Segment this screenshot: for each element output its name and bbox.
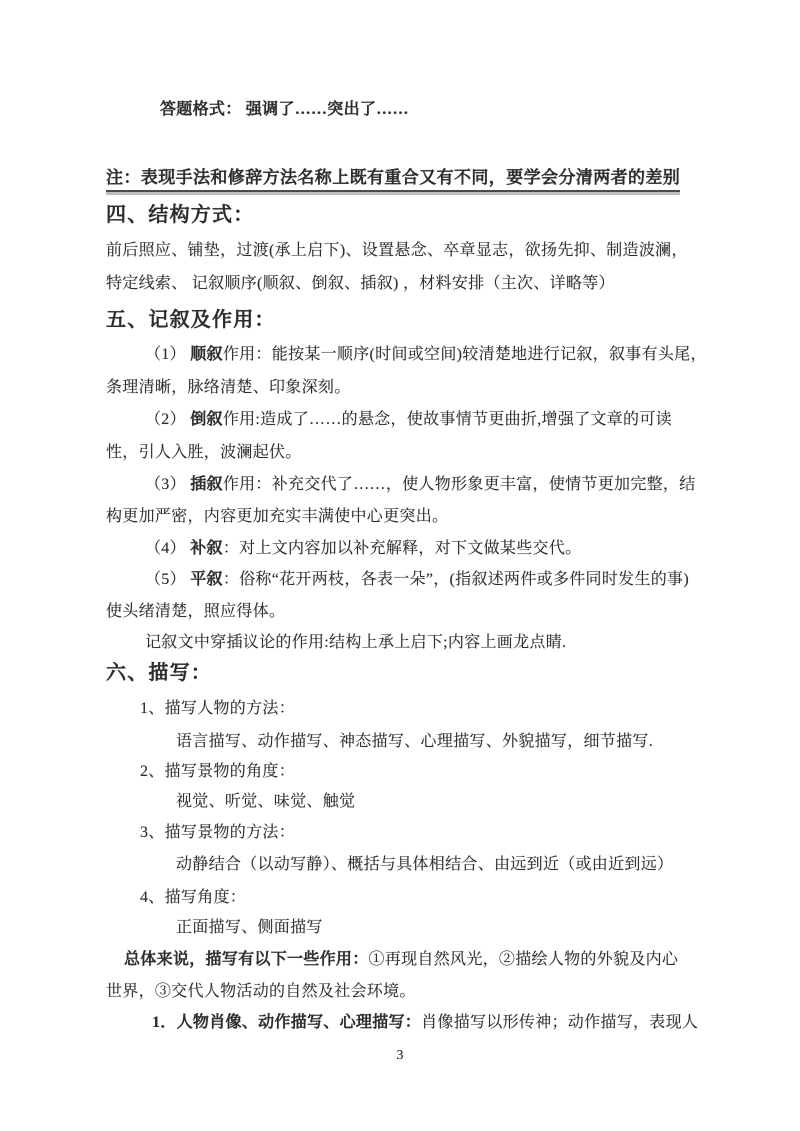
text-segment: （2） xyxy=(145,411,190,428)
text-segment: 顺叙 xyxy=(190,346,223,363)
section-heading-description: 六、描写： xyxy=(106,661,212,686)
list-item: 3、描写景物的方法： xyxy=(140,823,295,843)
section-heading-narration: 五、记叙及作用： xyxy=(106,308,276,333)
body-line: （3） 插叙作用：补充交代了……，使人物形象更丰富，使情节更加完整，结 xyxy=(145,475,696,495)
body-line: 构更加严密，内容更加充实丰满使中心更突出。 xyxy=(106,507,448,527)
text-segment: 补叙 xyxy=(190,540,223,557)
summary-line: 总体来说，描写有以下一些作用：①再现自然风光，②描绘人物的外貌及内心 xyxy=(124,950,678,970)
text-segment: 性，引人入胜，波澜起伏。 xyxy=(106,444,302,461)
text-segment: 条理清晰，脉络清楚、印象深刻。 xyxy=(106,379,351,396)
note-line: 注：表现手法和修辞方法名称上既有重合又有不同，要学会分清两者的差别 xyxy=(106,167,680,192)
list-subitem: 视觉、听觉、味觉、触觉 xyxy=(176,792,355,812)
text-segment: 动静结合（以动写静）、概括与具体相结合、由远到近（或由近到远） xyxy=(176,856,673,873)
text-segment: 五、记叙及作用： xyxy=(106,309,276,331)
text-segment: （4） xyxy=(145,540,190,557)
body-line: 前后照应、铺垫，过渡(承上启下)、设置悬念、卒章显志，欲扬先抑、制造波澜， xyxy=(106,241,688,261)
text-segment: ①再现自然风光，②描绘人物的外貌及内心 xyxy=(369,951,679,968)
text-segment: 2、描写景物的角度： xyxy=(140,763,295,780)
list-item: 4、描写角度： xyxy=(140,888,246,908)
document-page: 答题格式： 强调了……突出了……注：表现手法和修辞方法名称上既有重合又有不同，要… xyxy=(0,0,800,1131)
text-segment: 作用：能按某一顺序(时间或空间)较清楚地进行记叙，叙事有头尾， xyxy=(223,346,707,363)
text-segment: 3、描写景物的方法： xyxy=(140,824,295,841)
section-heading-structure: 四、结构方式： xyxy=(106,203,254,228)
body-line: （1） 顺叙作用：能按某一顺序(时间或空间)较清楚地进行记叙，叙事有头尾， xyxy=(145,345,707,365)
text-segment: 正面描写、侧面描写 xyxy=(176,919,323,936)
text-segment: ：对上文内容加以补充解释，对下文做某些交代。 xyxy=(223,540,582,557)
body-line: （5） 平叙：俗称“花开两枝，各表一朵”，(指叙述两件或多件同时发生的事) xyxy=(145,570,689,590)
text-segment: 前后照应、铺垫，过渡(承上启下)、设置悬念、卒章显志，欲扬先抑、制造波澜， xyxy=(106,242,688,259)
text-segment: 六、描写： xyxy=(106,662,212,684)
text-segment: （3） xyxy=(145,476,190,493)
text-segment: 4、描写角度： xyxy=(140,889,246,906)
body-line: 记叙文中穿插议论的作用:结构上承上启下;内容上画龙点睛. xyxy=(145,633,566,653)
text-segment: 语言描写、动作描写、神态描写、心理描写、外貌描写，细节描写. xyxy=(176,733,653,750)
text-segment: 特定线索、 记叙顺序(顺叙、倒叙、插叙) ，材料安排（主次、详略等） xyxy=(106,275,615,292)
page-number: 3 xyxy=(0,1047,800,1065)
answer-format-line: 答题格式： 强调了……突出了…… xyxy=(160,100,409,120)
text-segment: 答题格式： 强调了……突出了…… xyxy=(160,101,409,118)
text-segment: （1） xyxy=(145,346,190,363)
text-segment: 构更加严密，内容更加充实丰满使中心更突出。 xyxy=(106,508,448,525)
list-item: 2、描写景物的角度： xyxy=(140,762,295,782)
text-segment: （5） xyxy=(145,571,190,588)
text-segment: 插叙 xyxy=(190,476,223,493)
body-line: 性，引人入胜，波澜起伏。 xyxy=(106,443,302,463)
text-segment: 四、结构方式： xyxy=(106,204,254,226)
list-subitem: 正面描写、侧面描写 xyxy=(176,918,323,938)
body-line: 条理清晰，脉络清楚、印象深刻。 xyxy=(106,378,351,398)
text-segment: 倒叙 xyxy=(190,411,223,428)
text-segment: 世界，③交代人物活动的自然及社会环境。 xyxy=(106,983,416,1000)
body-line: 1．人物肖像、动作描写、心理描写：肖像描写以形传神；动作描写，表现人 xyxy=(152,1013,698,1033)
text-segment: 1、描写人物的方法： xyxy=(140,700,295,717)
text-segment: 作用：补充交代了……，使人物形象更丰富，使情节更加完整，结 xyxy=(223,476,696,493)
list-item: 1、描写人物的方法： xyxy=(140,699,295,719)
summary-line: 世界，③交代人物活动的自然及社会环境。 xyxy=(106,982,416,1002)
body-line: 特定线索、 记叙顺序(顺叙、倒叙、插叙) ，材料安排（主次、详略等） xyxy=(106,274,615,294)
text-segment: 注：表现手法和修辞方法名称上既有重合又有不同，要学会分清两者的差别 xyxy=(106,168,680,187)
text-segment: 1．人物肖像、动作描写、心理描写： xyxy=(152,1014,421,1031)
list-subitem: 动静结合（以动写静）、概括与具体相结合、由远到近（或由近到远） xyxy=(176,855,673,875)
text-segment: 平叙 xyxy=(190,571,223,588)
text-segment: 使头绪清楚，照应得体。 xyxy=(106,603,285,620)
body-line: （2） 倒叙作用:造成了……的悬念，使故事情节更曲折,增强了文章的可读 xyxy=(145,410,672,430)
text-segment: 总体来说，描写有以下一些作用： xyxy=(124,951,369,968)
body-line: 使头绪清楚，照应得体。 xyxy=(106,602,285,622)
text-segment: 3 xyxy=(397,1048,404,1063)
text-segment: 视觉、听觉、味觉、触觉 xyxy=(176,793,355,810)
text-segment: 记叙文中穿插议论的作用:结构上承上启下;内容上画龙点睛. xyxy=(145,634,566,651)
list-subitem: 语言描写、动作描写、神态描写、心理描写、外貌描写，细节描写. xyxy=(176,732,653,752)
body-line: （4） 补叙：对上文内容加以补充解释，对下文做某些交代。 xyxy=(145,539,581,559)
text-segment: 作用:造成了……的悬念，使故事情节更曲折,增强了文章的可读 xyxy=(223,411,672,428)
text-segment: 肖像描写以形传神；动作描写，表现人 xyxy=(421,1014,698,1031)
text-segment: ：俗称“花开两枝，各表一朵”，(指叙述两件或多件同时发生的事) xyxy=(223,571,689,588)
